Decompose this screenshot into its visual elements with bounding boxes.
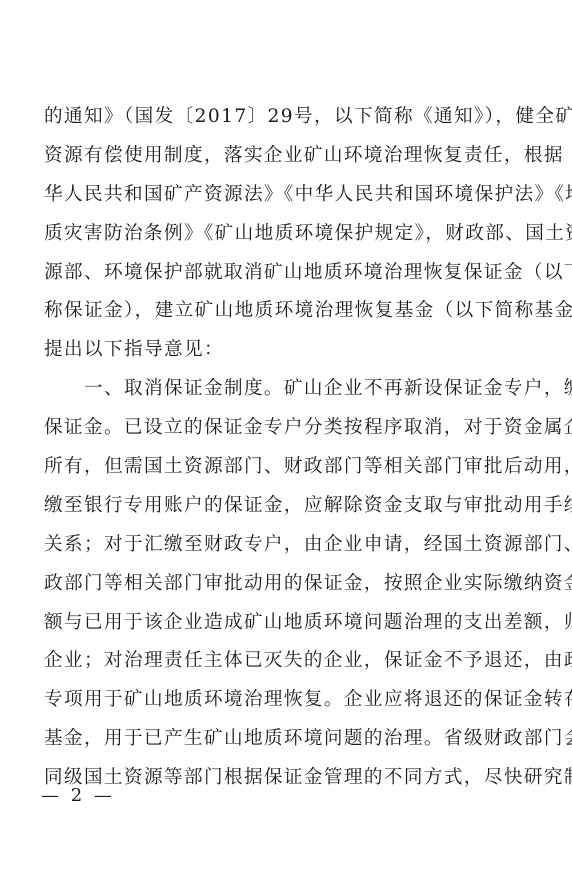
section-heading-line: 一、取消保证金制度。矿山企业不再新设保证金专户，缴存 — [44, 376, 530, 415]
text-line: 企业；对治理责任主体已灭失的企业，保证金不予退还，由政府 — [44, 648, 530, 687]
text-line: 政部门等相关部门审批动用的保证金，按照企业实际缴纳资金数 — [44, 571, 530, 610]
text-line: 同级国土资源等部门根据保证金管理的不同方式，尽快研究制定 — [44, 765, 530, 804]
text-line: 额与已用于该企业造成矿山地质环境问题治理的支出差额，归还 — [44, 610, 530, 649]
text-line: 专项用于矿山地质环境治理恢复。企业应将退还的保证金转存为 — [44, 687, 530, 726]
page-number: — 2 — — [41, 785, 115, 806]
text-line: 称保证金），建立矿山地质环境治理恢复基金（以下简称基金） — [44, 298, 530, 337]
text-line: 缴至银行专用账户的保证金，应解除资金支取与审批动用手续的 — [44, 493, 530, 532]
text-line: 基金，用于已产生矿山地质环境问题的治理。省级财政部门会同 — [44, 726, 530, 765]
text-line: 所有，但需国土资源部门、财政部门等相关部门审批后动用，存 — [44, 454, 530, 493]
text-line: 质灾害防治条例》《矿山地质环境保护规定》，财政部、国土资 — [44, 221, 530, 260]
text-line: 资源有偿使用制度，落实企业矿山环境治理恢复责任，根据《中 — [44, 143, 530, 182]
text-line: 华人民共和国矿产资源法》《中华人民共和国环境保护法》《地 — [44, 182, 530, 221]
text-line: 保证金。已设立的保证金专户分类按程序取消，对于资金属企业 — [44, 415, 530, 454]
body-text: 的通知》（国发〔2017〕29号，以下简称《通知》），健全矿产 资源有偿使用制度… — [44, 104, 530, 804]
text-line: 关系；对于汇缴至财政专户，由企业申请，经国土资源部门、财 — [44, 532, 530, 571]
text-line: 的通知》（国发〔2017〕29号，以下简称《通知》），健全矿产 — [44, 104, 530, 143]
document-page: 的通知》（国发〔2017〕29号，以下简称《通知》），健全矿产 资源有偿使用制度… — [0, 0, 572, 876]
text-line: 提出以下指导意见： — [44, 337, 530, 376]
text-line: 源部、环境保护部就取消矿山地质环境治理恢复保证金（以下简 — [44, 260, 530, 299]
